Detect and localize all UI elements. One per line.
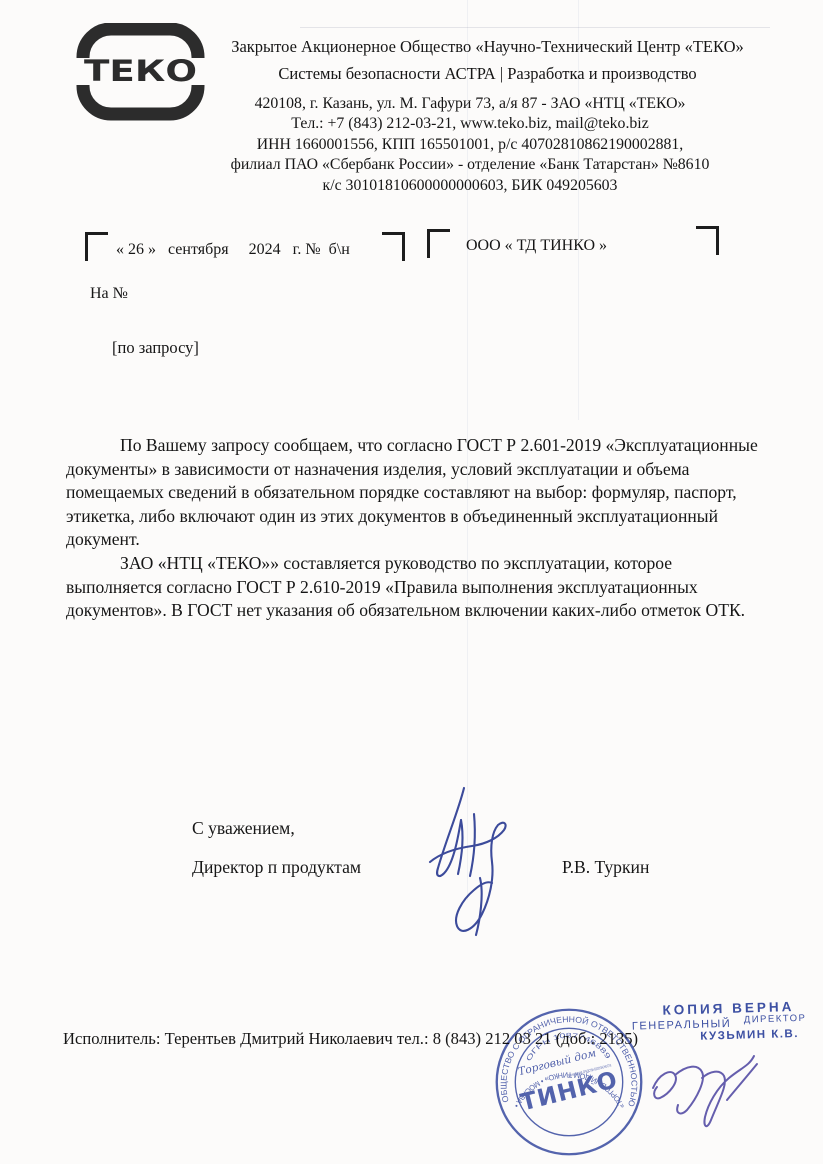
address-line: филиал ПАО «Сбербанк России» - отделение…	[110, 155, 823, 175]
signer-name: Р.В. Туркин	[562, 857, 649, 878]
letter-body: По Вашему запросу сообщаем, что согласно…	[66, 434, 766, 623]
corner-bracket-left-close	[382, 232, 405, 261]
address-line: к/с 30101810600000000603, БИК 049205603	[110, 176, 823, 196]
closing-phrase: С уважением,	[192, 818, 295, 839]
copy-stamp-name: КУЗЬМИН К.В.	[700, 1028, 799, 1043]
scan-artifact-line	[300, 27, 770, 28]
org-header: Закрытое Акционерное Общество «Научно-Те…	[200, 33, 775, 87]
signer-title: Директор п продуктам	[192, 857, 361, 878]
address-line: Тел.: +7 (843) 212-03-21, www.teko.biz, …	[110, 114, 823, 134]
corner-bracket-right-open	[427, 229, 450, 258]
corner-bracket-left-open	[85, 232, 108, 261]
request-note: [по запросу]	[112, 338, 199, 358]
address-line: ИНН 1660001556, КПП 165501001, р/с 40702…	[110, 135, 823, 155]
body-paragraph: ЗАО «НТЦ «ТЕКО»» составляется руководств…	[66, 552, 766, 623]
corner-bracket-right-close	[696, 226, 719, 255]
address-line: 420108, г. Казань, ул. М. Гафури 73, а/я…	[110, 94, 823, 114]
org-slogan-line: Системы безопасности АСТРА | Разработка …	[200, 60, 775, 87]
body-paragraph: По Вашему запросу сообщаем, что согласно…	[66, 434, 766, 552]
kuzmin-signature	[645, 1042, 775, 1132]
recipient-name: ООО « ТД ТИНКО »	[466, 237, 607, 255]
copy-stamp-position: ДИРЕКТОР	[744, 1013, 807, 1026]
letter-page: ТЕКО Закрытое Акционерное Общество «Науч…	[0, 0, 823, 1164]
letter-date-number: « 26 » сентября 2024 г. № б\н	[116, 241, 350, 259]
turkin-signature	[428, 778, 538, 938]
tinko-round-stamp: ОБЩЕСТВО С ОГРАНИЧЕННОЙ ОТВЕТСТВЕННОСТЬЮ…	[486, 999, 652, 1164]
org-requisites: 420108, г. Казань, ул. М. Гафури 73, а/я…	[110, 94, 823, 196]
org-name-line: Закрытое Акционерное Общество «Научно-Те…	[200, 33, 775, 60]
reply-to-label: На №	[90, 285, 128, 303]
teko-logo-text: ТЕКО	[84, 54, 197, 88]
